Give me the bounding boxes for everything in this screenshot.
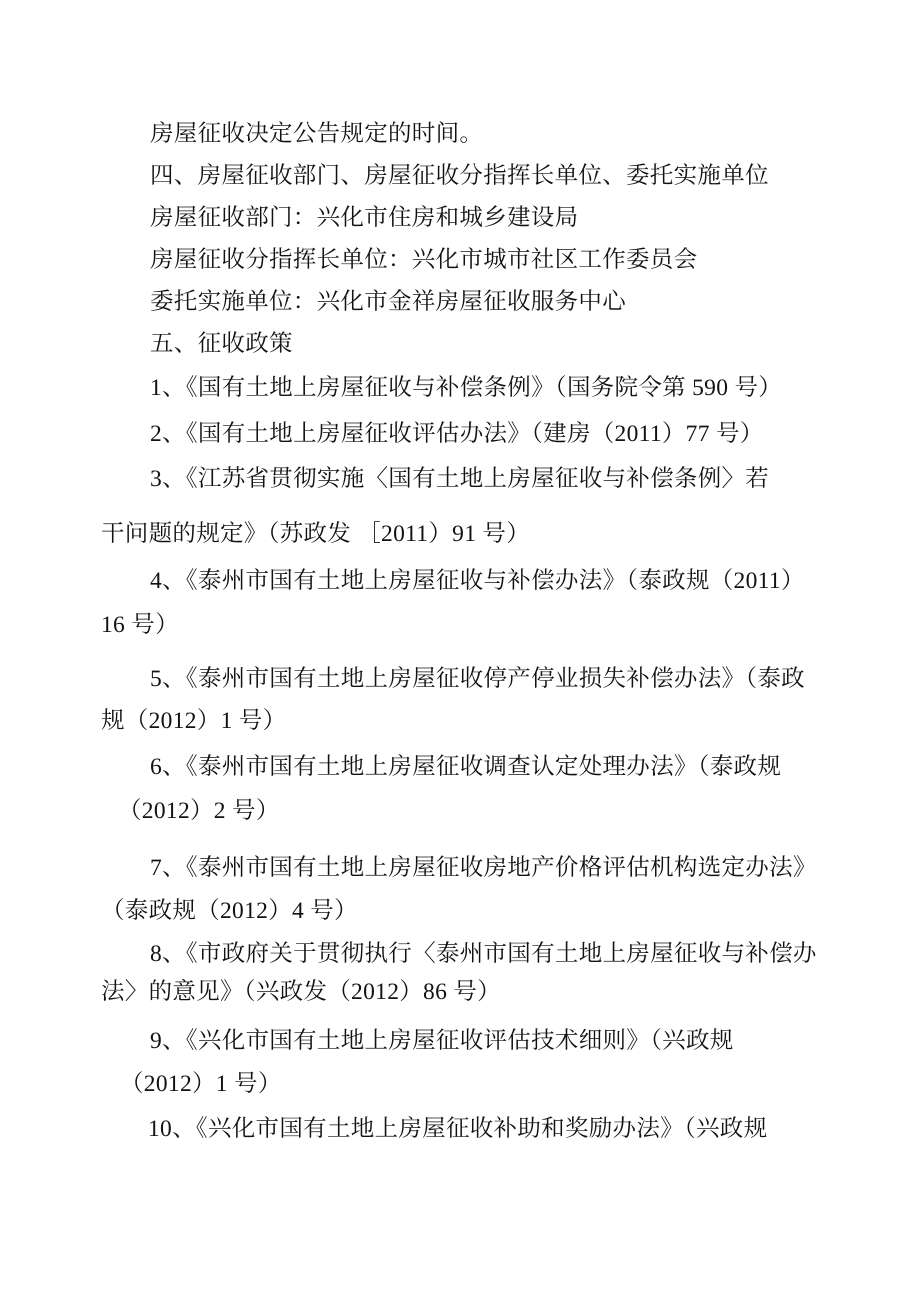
document-page: 房屋征收决定公告规定的时间。 四、房屋征收部门、房屋征收分指挥长单位、委托实施单… xyxy=(0,0,920,1301)
list-item: 5、《泰州市国有土地上房屋征收停产停业损失补偿办法》（泰政 xyxy=(150,665,805,694)
text-line: 委托实施单位：兴化市金祥房屋征收服务中心 xyxy=(150,288,626,317)
list-item-continuation: （2012）1 号） xyxy=(120,1070,282,1099)
list-item: 4、《泰州市国有土地上房屋征收与补偿办法》（泰政规（2011） xyxy=(150,567,805,596)
list-item: 1、《国有土地上房屋征收与补偿条例》（国务院令第 590 号） xyxy=(150,374,782,403)
list-item-continuation: （2012）2 号） xyxy=(118,797,280,826)
list-item-continuation: 法〉的意见》（兴政发（2012）86 号） xyxy=(101,978,501,1007)
text-line: 房屋征收分指挥长单位：兴化市城市社区工作委员会 xyxy=(150,246,697,275)
list-item: 2、《国有土地上房屋征收评估办法》（建房（2011）77 号） xyxy=(150,420,764,449)
list-item: 9、《兴化市国有土地上房屋征收评估技术细则》（兴政规 xyxy=(150,1027,734,1056)
list-item-continuation: （泰政规（2012）4 号） xyxy=(101,897,358,926)
text-line: 房屋征收决定公告规定的时间。 xyxy=(150,120,483,149)
text-line: 房屋征收部门：兴化市住房和城乡建设局 xyxy=(150,204,578,233)
list-item: 3、《江苏省贯彻实施〈国有土地上房屋征收与补偿条例〉若 xyxy=(150,465,769,494)
section-heading: 五、征收政策 xyxy=(150,330,293,359)
list-item-continuation: 规（2012）1 号） xyxy=(101,707,286,736)
section-heading: 四、房屋征收部门、房屋征收分指挥长单位、委托实施单位 xyxy=(150,162,769,191)
list-item-continuation: 干问题的规定》（苏政发 ［2011）91 号） xyxy=(101,520,530,549)
list-item: 10、《兴化市国有土地上房屋征收补助和奖励办法》（兴政规 xyxy=(148,1115,767,1144)
list-item: 8、《市政府关于贯彻执行〈泰州市国有土地上房屋征收与补偿办 xyxy=(150,940,817,969)
list-item-continuation: 16 号） xyxy=(101,611,179,640)
list-item: 6、《泰州市国有土地上房屋征收调查认定处理办法》（泰政规 xyxy=(150,753,781,782)
list-item: 7、《泰州市国有土地上房屋征收房地产价格评估机构选定办法》 xyxy=(150,854,817,883)
